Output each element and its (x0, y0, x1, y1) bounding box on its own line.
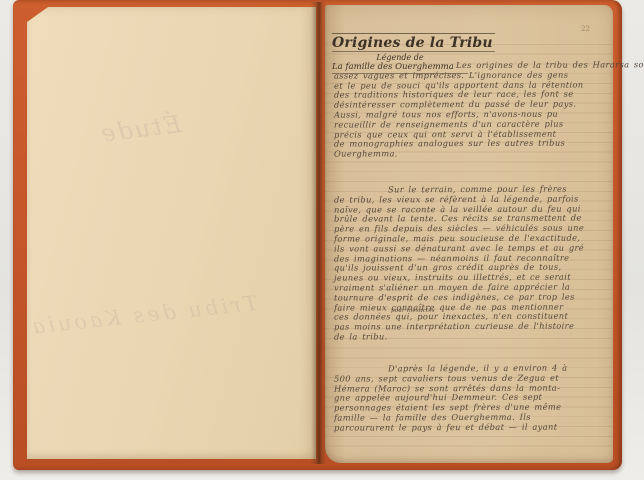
interlinear-insertion: pour inexactes (391, 308, 435, 314)
left-page: Étude Tribu des Kaouia (27, 7, 316, 459)
handwriting-line: parcoururent le pays à feu et débat — il… (334, 422, 606, 433)
page-gutter-shadow (311, 2, 327, 464)
bleed-through-caption: Tribu des Kaouia (28, 291, 259, 339)
paragraph-1: Les origines de la tribu des Hararsa son… (334, 61, 606, 159)
paragraph-2: Sur le terrain, comme pour les frères de… (334, 185, 606, 342)
heading-title: Origines de la Tribu (332, 33, 495, 52)
handwriting-line: Ouerghemma. (334, 149, 606, 160)
page-number-mark: 22 (581, 25, 590, 33)
handwriting-line: de la tribu. (334, 331, 606, 342)
notebook-scan: Étude Tribu des Kaouia 22 Origines de la… (0, 0, 644, 480)
right-page: 22 Origines de la Tribu Légende de La fa… (325, 5, 613, 463)
bleed-through-title: Étude (98, 110, 183, 148)
paragraph-3: D'après la légende, il y a environ 4 à 5… (334, 364, 606, 433)
